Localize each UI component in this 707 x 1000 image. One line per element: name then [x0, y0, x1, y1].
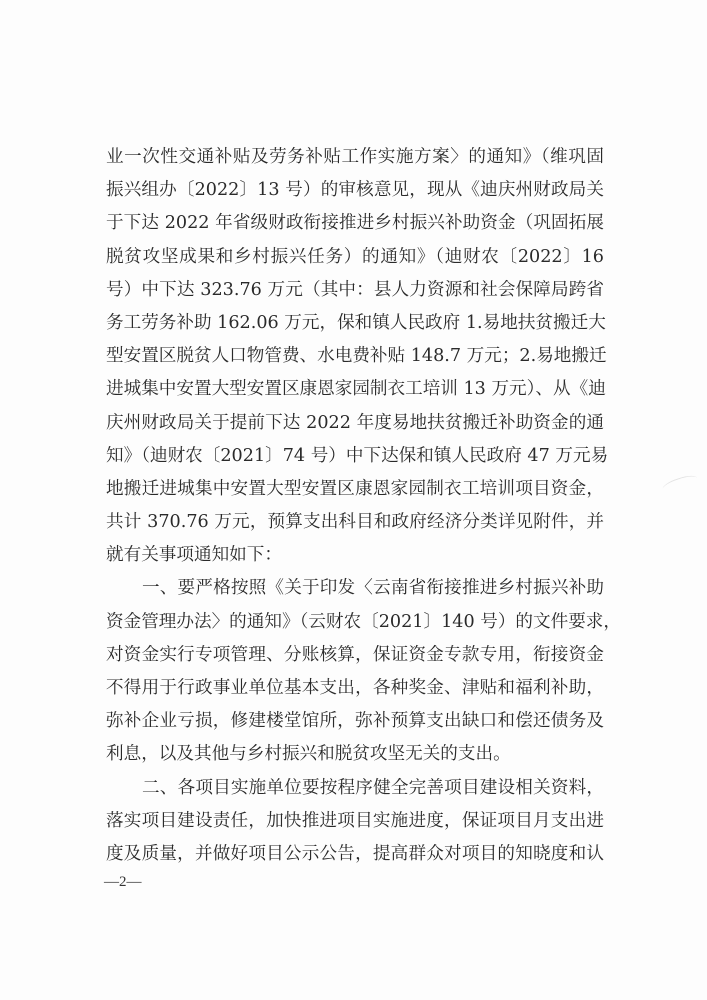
page-number: —2—	[104, 872, 142, 892]
text-line: 脱贫攻坚成果和乡村振兴任务）的通知》（迪财农〔2022〕16	[106, 241, 604, 274]
text-line: 业一次性交通补贴及劳务补贴工作实施方案〉的通知》（维巩固	[106, 141, 604, 174]
text-line: 不得用于行政事业单位基本支出，各种奖金、津贴和福利补助，	[106, 672, 604, 705]
text-line: 落实项目建设责任，加快推进项目实施进度，保证项目月支出进	[106, 805, 604, 838]
paragraph-first-line: 二、各项目实施单位要按程序健全完善项目建设相关资料，	[106, 772, 604, 805]
text-line: 于下达 2022 年省级财政衔接推进乡村振兴补助资金（巩固拓展	[106, 207, 604, 240]
paragraph-first-line: 一、要严格按照《关于印发〈云南省衔接推进乡村振兴补助	[106, 572, 604, 605]
document-body: 业一次性交通补贴及劳务补贴工作实施方案〉的通知》（维巩固 振兴组办〔2022〕1…	[106, 141, 604, 871]
text-line: 资金管理办法〉的通知》（云财农〔2021〕140 号）的文件要求，	[106, 606, 604, 639]
text-line: 对资金实行专项管理、分账核算，保证资金专款专用，衔接资金	[106, 639, 604, 672]
scan-mark	[661, 473, 699, 495]
text-line: 振兴组办〔2022〕13 号）的审核意见，现从《迪庆州财政局关	[106, 174, 604, 207]
text-line: 地搬迁进城集中安置大型安置区康恩家园制衣工培训项目资金，	[106, 473, 604, 506]
text-line: 就有关事项通知如下：	[106, 539, 604, 572]
text-line: 弥补企业亏损，修建楼堂馆所，弥补预算支出缺口和偿还债务及	[106, 705, 604, 738]
text-line: 庆州财政局关于提前下达 2022 年度易地扶贫搬迁补助资金的通	[106, 407, 604, 440]
text-line: 务工劳务补助 162.06 万元，保和镇人民政府 1.易地扶贫搬迁大	[106, 307, 604, 340]
text-line: 型安置区脱贫人口物管费、水电费补贴 148.7 万元；2.易地搬迁	[106, 340, 604, 373]
text-line: 进城集中安置大型安置区康恩家园制衣工培训 13 万元）、从《迪	[106, 373, 604, 406]
text-line: 共计 370.76 万元，预算支出科目和政府经济分类详见附件，并	[106, 506, 604, 539]
text-line: 度及质量，并做好项目公示公告，提高群众对项目的知晓度和认	[106, 838, 604, 871]
document-page: 业一次性交通补贴及劳务补贴工作实施方案〉的通知》（维巩固 振兴组办〔2022〕1…	[0, 0, 707, 1000]
text-line: 利息，以及其他与乡村振兴和脱贫攻坚无关的支出。	[106, 738, 604, 771]
text-line: 知》（迪财农〔2021〕74 号）中下达保和镇人民政府 47 万元易	[106, 440, 604, 473]
text-line: 号）中下达 323.76 万元（其中：县人力资源和社会保障局跨省	[106, 274, 604, 307]
